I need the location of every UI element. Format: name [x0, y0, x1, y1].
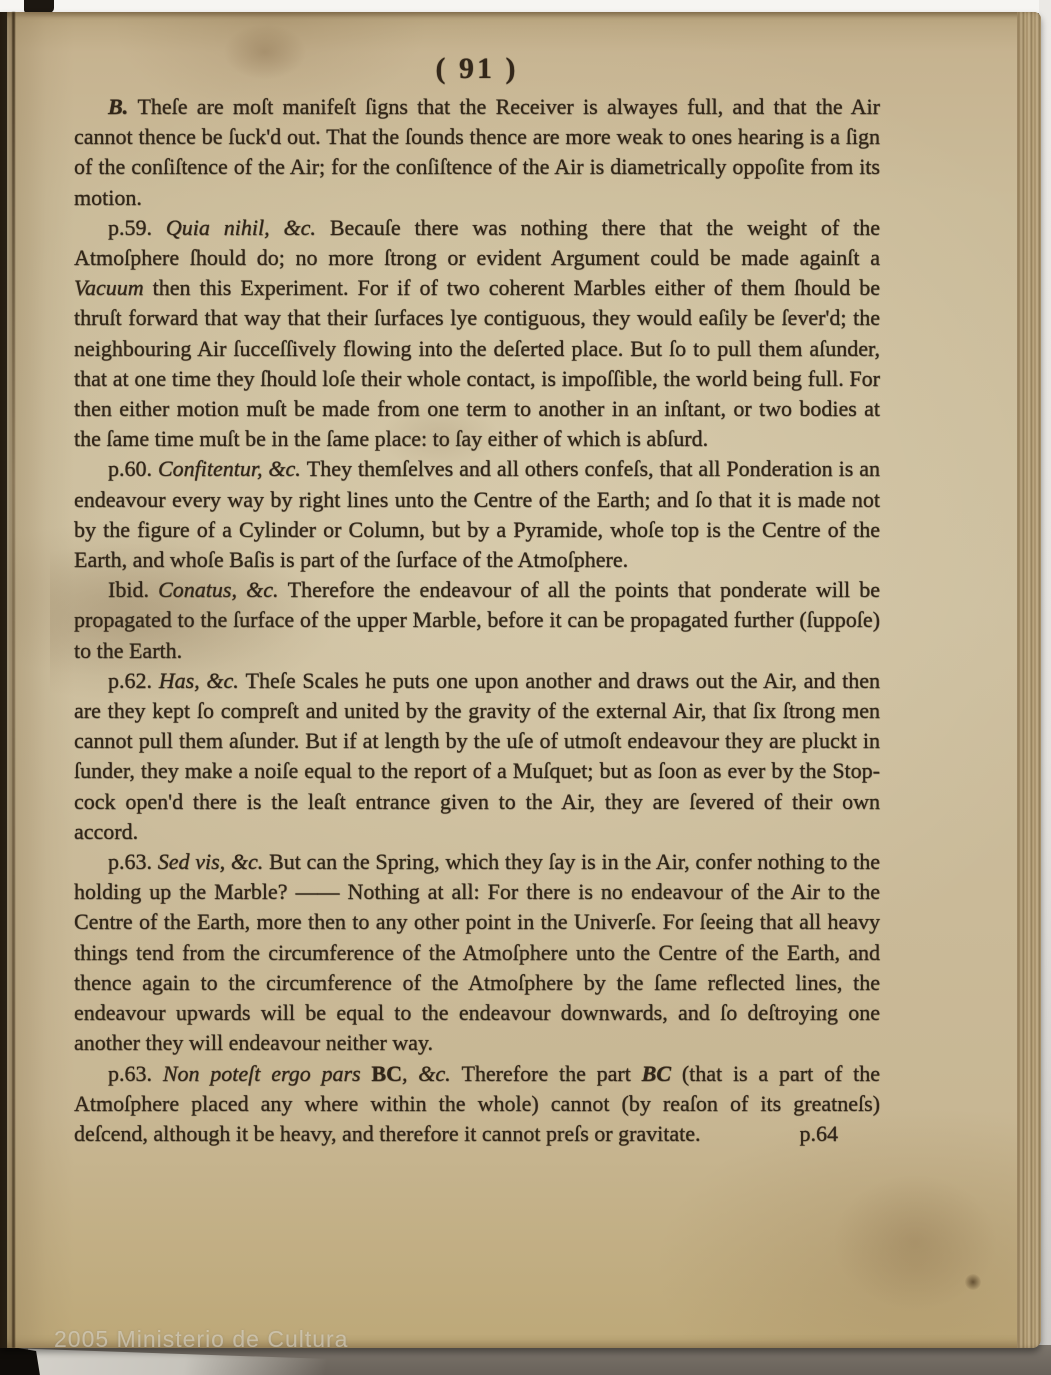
- text-segment: Theſe are moſt manifeſt ſigns that the R…: [74, 94, 880, 210]
- page-edge-stack: [1017, 12, 1041, 1348]
- book-page: ( 91 ) B. Theſe are moſt manifeſt ſigns …: [0, 12, 1041, 1348]
- text-segment: Vacuum: [74, 275, 144, 300]
- text-segment: p.60.: [108, 456, 158, 481]
- text-segment: But can the Spring, which they ſay is in…: [74, 849, 880, 1055]
- text-segment: Confitentur, &c.: [158, 456, 307, 481]
- watermark: 2005 Ministerio de Cultura: [54, 1326, 348, 1353]
- text-segment: p.59.: [108, 215, 166, 240]
- text-segment: then this Experiment. For if of two cohe…: [74, 275, 880, 451]
- text-segment: Sed vis, &c.: [158, 849, 269, 874]
- text-segment: Non poteſt ergo pars: [163, 1061, 372, 1086]
- text-segment: Has, &c.: [159, 668, 246, 693]
- text-segment: Conatus, &c.: [158, 577, 288, 602]
- text-segment: Therefore the part: [461, 1061, 641, 1086]
- para-p59: p.59. Quia nihil, &c. Becauſe there was …: [74, 213, 880, 455]
- page-number: ( 91 ): [74, 52, 880, 86]
- scanned-book-page-scene: ( 91 ) B. Theſe are moſt manifeſt ſigns …: [0, 0, 1051, 1375]
- para-p62: p.62. Has, &c. Theſe Scales he puts one …: [74, 666, 880, 847]
- para-b: B. Theſe are moſt manifeſt ſigns that th…: [74, 92, 880, 213]
- text-segment: Theſe Scales he puts one upon another an…: [74, 668, 880, 844]
- page-fold-crease: [12, 12, 15, 1348]
- text-block: B. Theſe are moſt manifeſt ſigns that th…: [74, 92, 880, 1149]
- text-segment: p.62.: [108, 668, 159, 693]
- text-segment: p.63.: [108, 849, 158, 874]
- text-segment: BC: [371, 1061, 402, 1086]
- text-segment: B.: [108, 94, 137, 119]
- paper-stain: [830, 1172, 1000, 1312]
- para-p60: p.60. Confitentur, &c. They themſelves a…: [74, 454, 880, 575]
- text-segment: Quia nihil, &c.: [166, 215, 330, 240]
- text-segment: p.63.: [108, 1061, 163, 1086]
- text-segment: Ibid.: [108, 577, 158, 602]
- text-segment: , &c.: [402, 1061, 461, 1086]
- para-p63a: p.63. Sed vis, &c. But can the Spring, w…: [74, 847, 880, 1058]
- text-segment: BC: [642, 1061, 671, 1086]
- para-ibid: Ibid. Conatus, &c. Therefore the endeavo…: [74, 575, 880, 666]
- paper-stain: [965, 1274, 981, 1290]
